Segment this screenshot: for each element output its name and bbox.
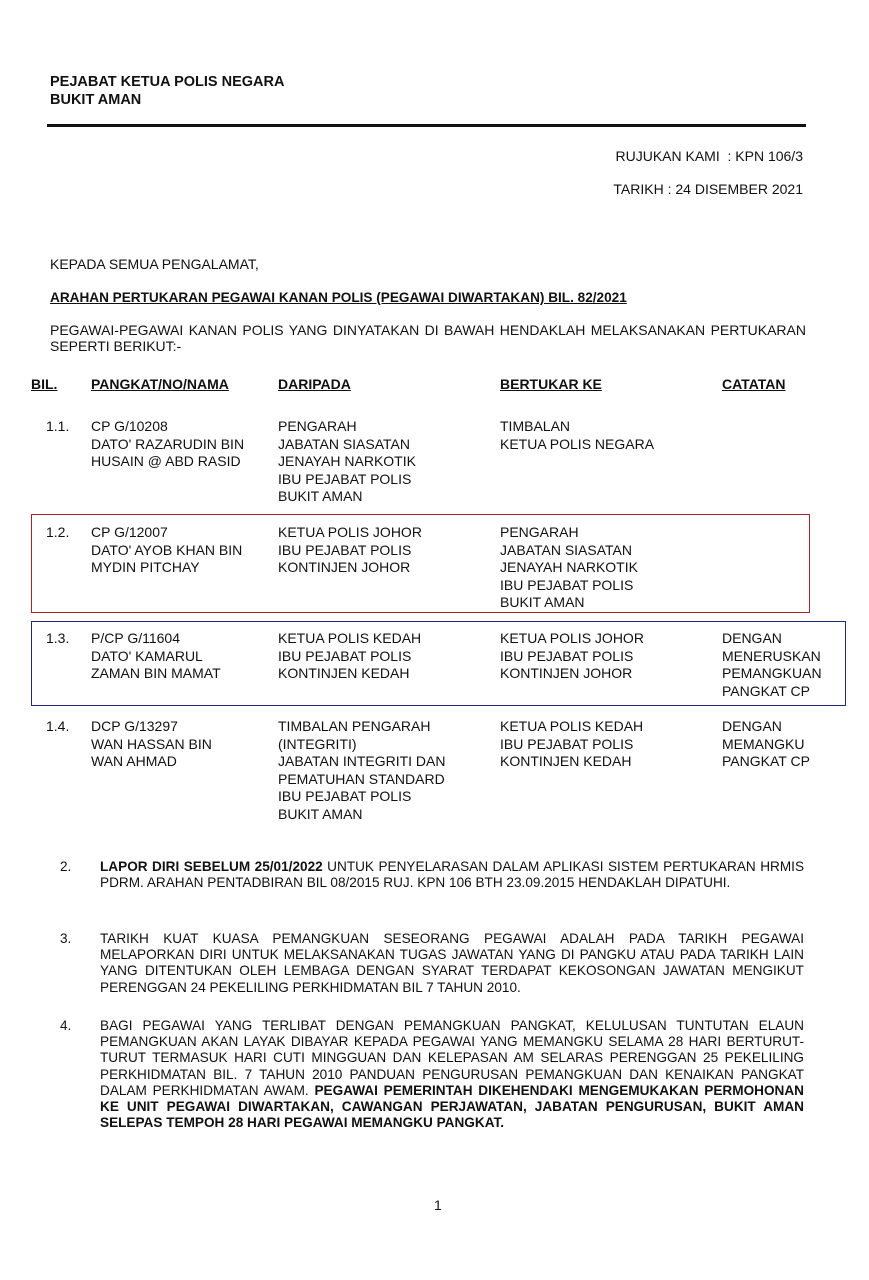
column-header-name: PANGKAT/NO/NAMA bbox=[91, 376, 229, 392]
column-header-note: CATATAN bbox=[722, 376, 786, 392]
row-number: 1.4. bbox=[46, 718, 69, 736]
officer-name: DCP G/13297 WAN HASSAN BIN WAN AHMAD bbox=[91, 718, 212, 771]
column-header-to: BERTUKAR KE bbox=[500, 376, 602, 392]
page-number: 1 bbox=[434, 1197, 442, 1213]
transfer-note: DENGAN MEMANGKU PANGKAT CP bbox=[722, 718, 810, 771]
paragraph-number: 3. bbox=[60, 931, 71, 947]
paragraph-text: TARIKH KUAT KUASA PEMANGKUAN SESEORANG P… bbox=[100, 931, 804, 995]
officer-name: CP G/12007 DATO' AYOB KHAN BIN MYDIN PIT… bbox=[91, 524, 242, 577]
transfer-from: TIMBALAN PENGARAH (INTEGRITI) JABATAN IN… bbox=[278, 718, 446, 824]
row-number: 1.2. bbox=[46, 524, 69, 542]
letterhead: PEJABAT KETUA POLIS NEGARA BUKIT AMAN bbox=[50, 73, 284, 109]
transfer-to: KETUA POLIS JOHOR IBU PEJABAT POLIS KONT… bbox=[500, 630, 644, 683]
row-number: 1.1. bbox=[46, 418, 69, 436]
paragraph-2: 2. LAPOR DIRI SEBELUM 25/01/2022 UNTUK P… bbox=[60, 859, 804, 891]
reference-number: RUJUKAN KAMI : KPN 106/3 bbox=[615, 148, 803, 164]
intro-paragraph: PEGAWAI-PEGAWAI KANAN POLIS YANG DINYATA… bbox=[50, 322, 806, 354]
paragraph-number: 4. bbox=[60, 1018, 71, 1034]
subject-heading: ARAHAN PERTUKARAN PEGAWAI KANAN POLIS (P… bbox=[50, 290, 627, 305]
header-divider bbox=[47, 124, 806, 127]
paragraph-4: 4. BAGI PEGAWAI YANG TERLIBAT DENGAN PEM… bbox=[60, 1018, 804, 1131]
transfer-note: DENGAN MENERUSKAN PEMANGKUAN PANGKAT CP bbox=[722, 630, 822, 700]
transfer-to: PENGARAH JABATAN SIASATAN JENAYAH NARKOT… bbox=[500, 524, 638, 612]
officer-name: P/CP G/11604 DATO' KAMARUL ZAMAN BIN MAM… bbox=[91, 630, 221, 683]
transfer-from: PENGARAH JABATAN SIASATAN JENAYAH NARKOT… bbox=[278, 418, 416, 506]
org-name: PEJABAT KETUA POLIS NEGARA bbox=[50, 73, 284, 91]
column-header-from: DARIPADA bbox=[278, 376, 351, 392]
officer-name: CP G/10208 DATO' RAZARUDIN BIN HUSAIN @ … bbox=[91, 418, 244, 471]
org-location: BUKIT AMAN bbox=[50, 91, 284, 109]
paragraph-3: 3. TARIKH KUAT KUASA PEMANGKUAN SESEORAN… bbox=[60, 931, 804, 996]
row-number: 1.3. bbox=[46, 630, 69, 648]
transfer-from: KETUA POLIS JOHOR IBU PEJABAT POLIS KONT… bbox=[278, 524, 422, 577]
letter-date: TARIKH : 24 DISEMBER 2021 bbox=[613, 181, 803, 197]
paragraph-number: 2. bbox=[60, 859, 71, 875]
transfer-to: KETUA POLIS KEDAH IBU PEJABAT POLIS KONT… bbox=[500, 718, 643, 771]
transfer-from: KETUA POLIS KEDAH IBU PEJABAT POLIS KONT… bbox=[278, 630, 421, 683]
column-header-bil: BIL. bbox=[31, 376, 57, 392]
salutation: KEPADA SEMUA PENGALAMAT, bbox=[50, 256, 259, 272]
paragraph-bold-lead: LAPOR DIRI SEBELUM 25/01/2022 bbox=[100, 859, 323, 874]
transfer-to: TIMBALAN KETUA POLIS NEGARA bbox=[500, 418, 654, 453]
